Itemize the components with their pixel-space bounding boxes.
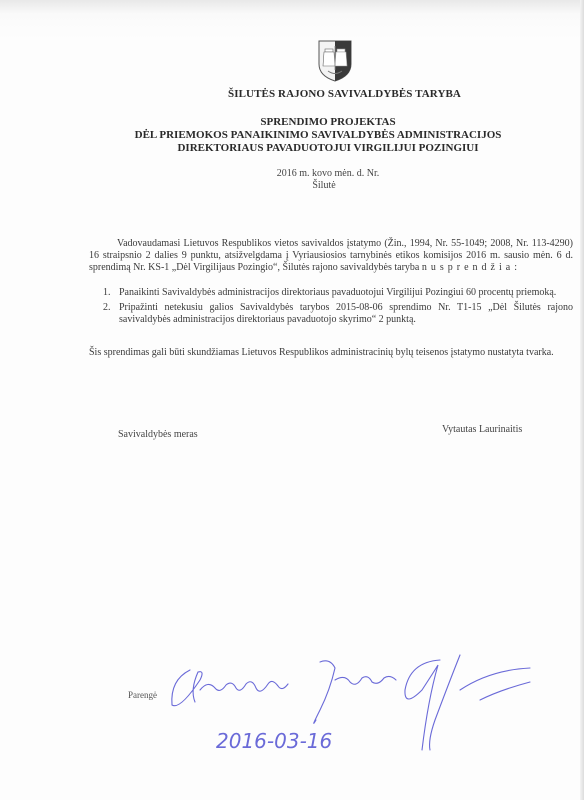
list-item-number: 2. — [103, 302, 111, 314]
handwritten-date: 2016-03-16 — [216, 729, 332, 753]
heading-line-1: SPRENDIMO PROJEKTAS — [36, 116, 584, 129]
list-item: 1. Panaikinti Savivaldybės administracij… — [89, 287, 573, 299]
heading-line-2: DĖL PRIEMOKOS PANAIKINIMO SAVIVALDYBĖS A… — [26, 129, 584, 142]
heading-line-3: DIREKTORIAUS PAVADUOTOJUI VIRGILIJUI POZ… — [36, 142, 584, 155]
preamble-paragraph: Vadovaudamasi Lietuvos Respublikos vieto… — [89, 238, 573, 274]
handwritten-signature-icon: 2016-03-16 — [160, 650, 540, 770]
list-item: 2. Pripažinti netekusiu galios Savivaldy… — [89, 302, 573, 326]
date-line: 2016 m. kovo mėn. d. Nr. — [36, 168, 584, 179]
council-name: ŠILUTĖS RAJONO SAVIVALDYBĖS TARYBA — [128, 88, 584, 100]
appeal-paragraph: Šis sprendimas gali būti skundžiamas Lie… — [89, 347, 573, 359]
signatory-name: Vytautas Laurinaitis — [442, 424, 522, 435]
list-item-text: Panaikinti Savivaldybės administracijos … — [119, 287, 556, 298]
decision-list: 1. Panaikinti Savivaldybės administracij… — [89, 287, 573, 326]
list-item-number: 1. — [103, 287, 111, 299]
list-item-text: Pripažinti netekusiu galios Savivaldybės… — [119, 302, 573, 325]
prepared-by-label: Parengė — [128, 690, 157, 700]
coat-of-arms-icon — [318, 40, 352, 82]
place-line: Šilutė — [32, 180, 584, 191]
decides-word: nusprendžia: — [422, 262, 521, 273]
signatory-title: Savivaldybės meras — [118, 429, 198, 440]
